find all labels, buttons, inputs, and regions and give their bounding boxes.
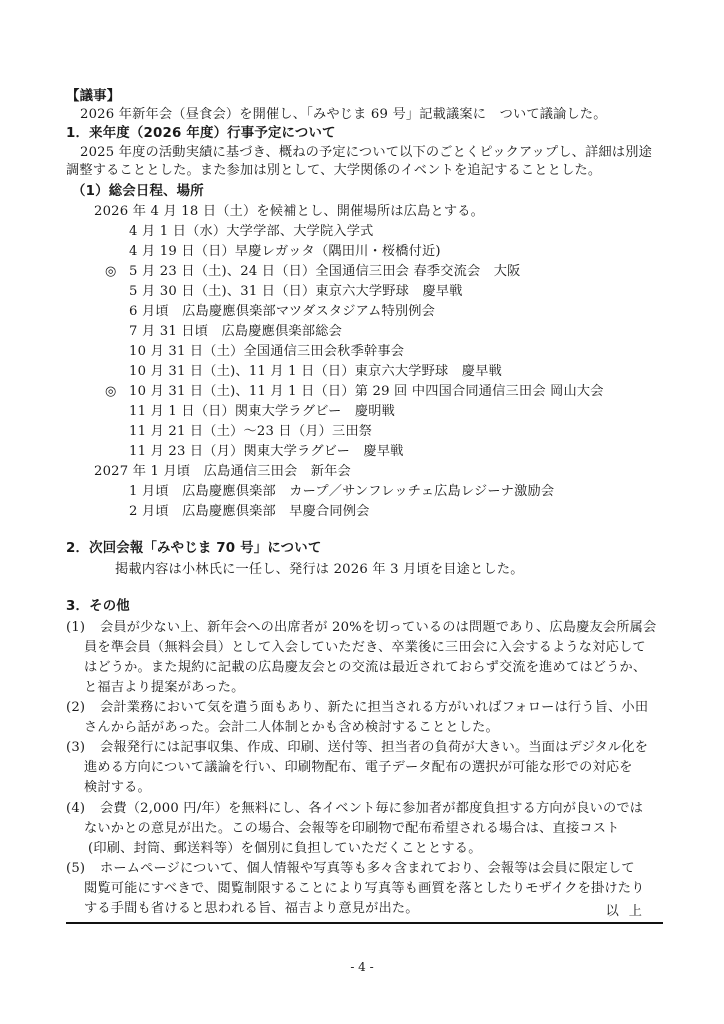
section-label: 【議事】 (66, 88, 120, 106)
event-item: 4 月 1 日（水）大学学部、大学院入学式 (129, 223, 374, 241)
item-number: (5) (66, 860, 85, 878)
item-number: (2) (66, 699, 85, 717)
next-year-lead: 2027 年 1 月頃 広島通信三田会 新年会 (94, 463, 351, 481)
event-item: 11 月 21 日（土）～23 日（月）三田祭 (129, 423, 372, 441)
event-item: 7 月 31 日頃 広島慶應倶楽部総会 (129, 323, 342, 341)
next-year-event: 2 月頃 広島慶應倶楽部 早慶合同例会 (129, 503, 370, 521)
section-3-title: 3．その他 (66, 598, 130, 616)
item-line: 検討する。 (84, 779, 151, 797)
horizontal-rule (66, 922, 663, 924)
event-item: 10 月 31 日（土)、11 月 1 日（日）東京六大学野球 慶早戦 (129, 363, 502, 381)
page-number: - 4 - (0, 960, 724, 974)
item-line: 員を準会員（無料会員）として入会していただき、卒業後に三田会に入会するような対応… (84, 639, 646, 657)
item-line: ないかとの意見が出た。この場合、会報等を印刷物で配布希望される場合は、直接コスト (84, 820, 620, 838)
item-number: (1) (66, 619, 85, 637)
section-1-title: 1．来年度（2026 年度）行事予定について (66, 125, 336, 143)
item-line: 会報発行には記事収集、作成、印刷、送付等、担当者の負荷が大きい。当面はデジタル化… (100, 739, 648, 757)
item-line: 進める方向について議論を行い、印刷物配布、電子データ配布の選択が可能な形での対応… (84, 759, 633, 777)
intro-text: 2026 年新年会（昼食会）を開催し、「みやじま 69 号」記載議案に ついて議… (80, 106, 607, 124)
section-2-body: 掲載内容は小林氏に一任し、発行は 2026 年 3 月頃を目途とした。 (115, 561, 524, 579)
item-line: はどうか。また規約に記載の広島慶友会との交流は最近されておらず交流を進めてはどう… (84, 659, 646, 677)
closing-mark: 以上 (606, 900, 652, 919)
next-year-event: 1 月頃 広島慶應倶楽部 カープ／サンフレッチェ広島レジーナ激励会 (129, 483, 554, 501)
item-line: する手間も省けると思われる旨、福吉より意見が出た。 (84, 900, 419, 918)
double-circle-icon: ◎ (105, 383, 116, 401)
section-2-title: 2．次回会報「みやじま 70 号」について (66, 540, 321, 558)
section-1-body-line: 2025 年度の活動実績に基づき、概ねの予定について以下のごとくピックアップし、… (80, 144, 652, 162)
event-item: 5 月 23 日（土)、24 日（日）全国通信三田会 春季交流会 大阪 (129, 263, 521, 281)
item-line: さんから話があった。会計二人体制とかも含め検討することとした。 (84, 719, 499, 737)
item-line: 会員が少ない上、新年会への出席者が 20%を切っているのは問題であり、広島慶友会… (100, 619, 656, 637)
subsection-lead: 2026 年 4 月 18 日（土）を候補とし、開催場所は広島とする。 (94, 203, 484, 221)
item-line: 会計業務において気を遣う面もあり、新たに担当される方がいればフォローは行う旨、小… (100, 699, 648, 717)
event-item: 11 月 1 日（日）関東大学ラグビー 慶明戦 (129, 403, 395, 421)
event-item: 10 月 31 日（土)、11 月 1 日（日）第 29 回 中四国合同通信三田… (129, 383, 604, 401)
event-item: 4 月 19 日（日）早慶レガッタ（隅田川・桜橋付近) (129, 243, 441, 261)
item-line: 会費（2,000 円/年）を無料にし、各イベント毎に参加者が都度負担する方向が良… (100, 800, 643, 818)
item-number: (4) (66, 800, 85, 818)
event-item: 10 月 31 日（土）全国通信三田会秋季幹事会 (129, 343, 404, 361)
section-1-body-line: 調整することとした。また参加は別として、大学関係のイベントを追記することとした。 (66, 162, 601, 180)
event-item: 6 月頃 広島慶應倶楽部マツダスタジアム特別例会 (129, 303, 435, 321)
double-circle-icon: ◎ (105, 263, 116, 281)
item-line: と福吉より提案があった。 (84, 679, 245, 697)
subsection-title: （1）総会日程、場所 (72, 183, 204, 201)
item-line: (印刷、封筒、郵送料等）を個別に負担していただくこととする。 (88, 840, 482, 858)
item-number: (3) (66, 739, 85, 757)
item-line: ホームページについて、個人情報や写真等も多々含まれており、会報等は会員に限定して (100, 860, 635, 878)
event-item: 5 月 30 日（土)、31 日（日）東京六大学野球 慶早戦 (129, 283, 463, 301)
item-line: 閲覧可能にすべきで、閲覧制限することにより写真等も画質を落としたりモザイクを掛け… (84, 880, 645, 898)
event-item: 11 月 23 日（月）関東大学ラグビー 慶早戦 (129, 443, 404, 461)
